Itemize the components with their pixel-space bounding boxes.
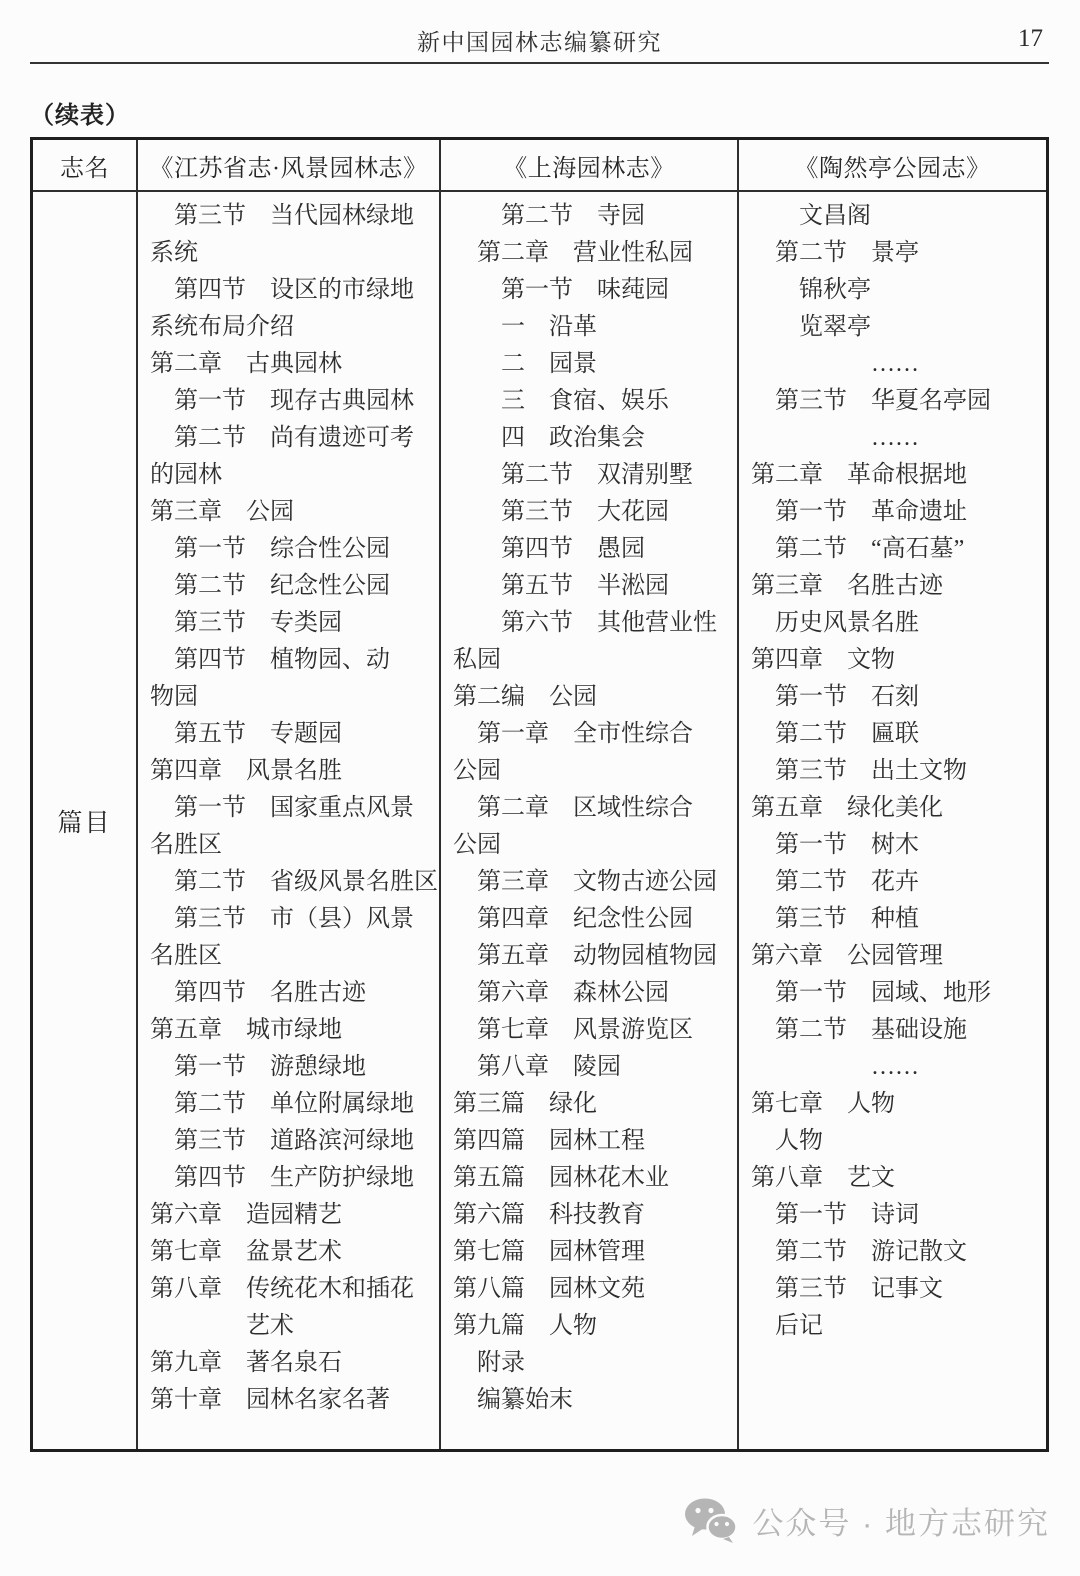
toc-line: 第一节 诗词 — [751, 1197, 1042, 1234]
toc-line: 第四章 风景名胜 — [150, 753, 435, 790]
toc-line: 第八章 艺文 — [751, 1160, 1042, 1197]
watermark: 公众号 · 地方志研究 — [684, 1497, 1050, 1543]
toc-line: 第三节 当代园林绿地 — [150, 198, 435, 235]
toc-line: 附录 — [453, 1345, 733, 1382]
toc-line: 第四节 愚园 — [453, 531, 733, 568]
toc-line: …… — [751, 346, 1042, 383]
toc-line: 第二章 古典园林 — [150, 346, 435, 383]
toc-line: 一 沿革 — [453, 309, 733, 346]
toc-line: 第一节 味莼园 — [453, 272, 733, 309]
toc-line: 人物 — [751, 1123, 1042, 1160]
watermark-text: 公众号 · 地方志研究 — [752, 1498, 1050, 1543]
toc-line: 私园 — [453, 642, 733, 679]
toc-line: 第七章 人物 — [751, 1086, 1042, 1123]
toc-line: 第六节 其他营业性 — [453, 605, 733, 642]
toc-line: 第八章 传统花木和插花 — [150, 1271, 435, 1308]
toc-line: 系统 — [150, 235, 435, 272]
toc-line: 名胜区 — [150, 827, 435, 864]
toc-line: 第八章 陵园 — [453, 1049, 733, 1086]
toc-line: 四 政治集会 — [453, 420, 733, 457]
toc-line: 第六章 公园管理 — [751, 938, 1042, 975]
toc-line: 第六章 森林公园 — [453, 975, 733, 1012]
toc-line: 第三节 大花园 — [453, 494, 733, 531]
toc-line: 公园 — [453, 753, 733, 790]
header-cell-jiangsu-title: 《江苏省志·风景园林志》 — [138, 140, 441, 190]
toc-line: 第三节 记事文 — [751, 1271, 1042, 1308]
toc-line: 第二章 革命根据地 — [751, 457, 1042, 494]
toc-line: 第二节 匾联 — [751, 716, 1042, 753]
toc-line: 第四章 纪念性公园 — [453, 901, 733, 938]
table-body-row: 篇目 第三节 当代园林绿地系统第四节 设区的市绿地系统布局介绍第二章 古典园林第… — [33, 192, 1046, 1449]
toc-line: 第二节 尚有遗迹可考 — [150, 420, 435, 457]
toc-line: 第三章 文物古迹公园 — [453, 864, 733, 901]
toc-line: 第六章 造园精艺 — [150, 1197, 435, 1234]
toc-line: 锦秋亭 — [751, 272, 1042, 309]
toc-line: 物园 — [150, 679, 435, 716]
toc-column-taoranting: 文昌阁第二节 景亭锦秋亭览翠亭……第三节 华夏名亭园……第二章 革命根据地第一节… — [739, 192, 1046, 1449]
toc-line: 第三章 公园 — [150, 494, 435, 531]
toc-line: 第五章 绿化美化 — [751, 790, 1042, 827]
toc-line: 文昌阁 — [751, 198, 1042, 235]
toc-line: 第一章 全市性综合 — [453, 716, 733, 753]
toc-line: 第九篇 人物 — [453, 1308, 733, 1345]
toc-line: …… — [751, 420, 1042, 457]
wechat-icon — [684, 1497, 738, 1543]
toc-line: 公园 — [453, 827, 733, 864]
toc-line: 第四章 文物 — [751, 642, 1042, 679]
toc-line: 第一节 综合性公园 — [150, 531, 435, 568]
toc-line: 第五篇 园林花木业 — [453, 1160, 733, 1197]
toc-line: 第二节 花卉 — [751, 864, 1042, 901]
toc-line: 第九章 著名泉石 — [150, 1345, 435, 1382]
toc-line: 第二编 公园 — [453, 679, 733, 716]
header-cell-zhiming: 志名 — [33, 140, 138, 190]
page-number: 17 — [1018, 25, 1043, 53]
toc-line: 第三篇 绿化 — [453, 1086, 733, 1123]
toc-line: 第二节 景亭 — [751, 235, 1042, 272]
toc-line: 二 园景 — [453, 346, 733, 383]
toc-line: 第三节 专类园 — [150, 605, 435, 642]
row-label-pianmu: 篇目 — [33, 192, 138, 1449]
toc-line: 第二节 游记散文 — [751, 1234, 1042, 1271]
toc-line: …… — [751, 1049, 1042, 1086]
toc-line: 第六篇 科技教育 — [453, 1197, 733, 1234]
toc-line: 第一节 现存古典园林 — [150, 383, 435, 420]
toc-line: 第七篇 园林管理 — [453, 1234, 733, 1271]
toc-line: 第五章 动物园植物园 — [453, 938, 733, 975]
header-cell-shanghai-title: 《上海园林志》 — [441, 140, 739, 190]
page-header: 新中国园林志编纂研究 17 — [30, 24, 1049, 56]
toc-line: 第二节 “高石墓” — [751, 531, 1042, 568]
toc-line: 第二节 单位附属绿地 — [150, 1086, 435, 1123]
toc-line: 第五章 城市绿地 — [150, 1012, 435, 1049]
toc-column-shanghai: 第二节 寺园第二章 营业性私园第一节 味莼园一 沿革二 园景三 食宿、娱乐四 政… — [441, 192, 739, 1449]
toc-line: 第二节 双清别墅 — [453, 457, 733, 494]
toc-line: 第五节 专题园 — [150, 716, 435, 753]
toc-line: 第三节 种植 — [751, 901, 1042, 938]
toc-line: 第四节 生产防护绿地 — [150, 1160, 435, 1197]
toc-line: 第一节 革命遗址 — [751, 494, 1042, 531]
toc-line: 编纂始末 — [453, 1382, 733, 1419]
toc-line: 第三节 市（县）风景 — [150, 901, 435, 938]
toc-line: 第一节 石刻 — [751, 679, 1042, 716]
toc-line: 艺术 — [150, 1308, 435, 1345]
toc-line: 第一节 园域、地形 — [751, 975, 1042, 1012]
toc-line: 第七章 风景游览区 — [453, 1012, 733, 1049]
toc-line: 第三节 道路滨河绿地 — [150, 1123, 435, 1160]
toc-column-jiangsu: 第三节 当代园林绿地系统第四节 设区的市绿地系统布局介绍第二章 古典园林第一节 … — [138, 192, 441, 1449]
toc-line: 第二节 基础设施 — [751, 1012, 1042, 1049]
toc-line: 第三章 名胜古迹 — [751, 568, 1042, 605]
toc-line: 第三节 华夏名亭园 — [751, 383, 1042, 420]
toc-line: 的园林 — [150, 457, 435, 494]
toc-line: 第七章 盆景艺术 — [150, 1234, 435, 1271]
toc-line: 第四节 植物园、动 — [150, 642, 435, 679]
toc-line: 历史风景名胜 — [751, 605, 1042, 642]
document-page: 新中国园林志编纂研究 17 （续表） 志名 《江苏省志·风景园林志》 《上海园林… — [0, 0, 1080, 1576]
toc-table: 志名 《江苏省志·风景园林志》 《上海园林志》 《陶然亭公园志》 篇目 第三节 … — [30, 137, 1049, 1452]
toc-line: 第三节 出土文物 — [751, 753, 1042, 790]
toc-line: 第二节 省级风景名胜区 — [150, 864, 435, 901]
toc-line: 第八篇 园林文苑 — [453, 1271, 733, 1308]
table-header-row: 志名 《江苏省志·风景园林志》 《上海园林志》 《陶然亭公园志》 — [33, 140, 1046, 192]
toc-line: 名胜区 — [150, 938, 435, 975]
toc-line: 第一节 国家重点风景 — [150, 790, 435, 827]
toc-line: 第十章 园林名家名著 — [150, 1382, 435, 1419]
toc-line: 第四篇 园林工程 — [453, 1123, 733, 1160]
toc-line: 第一节 游憩绿地 — [150, 1049, 435, 1086]
toc-line: 第四节 设区的市绿地 — [150, 272, 435, 309]
toc-line: 第五节 半淞园 — [453, 568, 733, 605]
toc-line: 第二章 营业性私园 — [453, 235, 733, 272]
toc-line: 览翠亭 — [751, 309, 1042, 346]
toc-line: 第二章 区域性综合 — [453, 790, 733, 827]
continuation-label: （续表） — [30, 95, 130, 130]
toc-line: 第二节 纪念性公园 — [150, 568, 435, 605]
page-header-title: 新中国园林志编纂研究 — [30, 24, 1049, 57]
toc-line: 第二节 寺园 — [453, 198, 733, 235]
header-divider — [30, 62, 1049, 64]
header-cell-taoranting-title: 《陶然亭公园志》 — [739, 140, 1046, 190]
toc-line: 第一节 树木 — [751, 827, 1042, 864]
toc-line: 第四节 名胜古迹 — [150, 975, 435, 1012]
toc-line: 后记 — [751, 1308, 1042, 1345]
toc-line: 三 食宿、娱乐 — [453, 383, 733, 420]
toc-line: 系统布局介绍 — [150, 309, 435, 346]
